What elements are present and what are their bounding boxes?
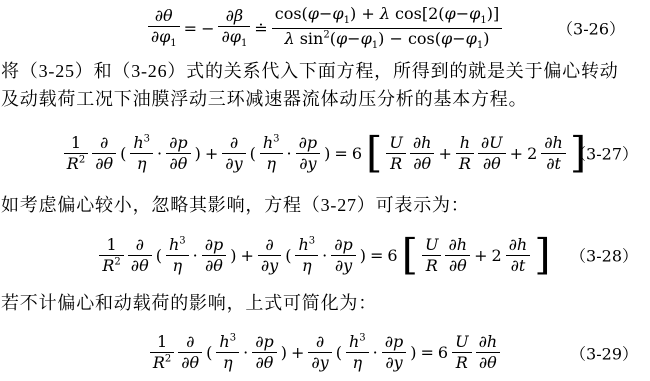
- fraction: ∂∂θ: [92, 134, 116, 173]
- math-token: (: [120, 144, 126, 163]
- math-token: =: [370, 246, 383, 265]
- math-token: 1: [71, 133, 81, 152]
- math-token: =: [334, 144, 347, 163]
- fraction: UR: [422, 236, 441, 275]
- math-token: ∂θ: [479, 353, 497, 372]
- math-token: ·: [243, 343, 248, 362]
- paragraph-simplify: 若不计偏心和动载荷的影响，上式可简化为：: [1, 289, 650, 317]
- fraction: ∂∂y: [258, 236, 281, 275]
- fraction: ∂U∂θ: [478, 134, 506, 173]
- math-token: 6: [387, 246, 397, 265]
- math-token: 2: [527, 144, 537, 163]
- math-token: sin: [295, 29, 324, 48]
- math-token: h: [460, 133, 470, 152]
- math-token: ∂: [186, 332, 194, 351]
- superscript: 3: [273, 133, 279, 144]
- math-token: ∂h: [509, 235, 528, 254]
- fraction: h3η: [166, 236, 189, 275]
- math-token: h: [263, 133, 273, 152]
- fraction: hR: [456, 134, 474, 173]
- math-token: R: [459, 154, 471, 173]
- fraction: ∂∂θ: [128, 236, 152, 275]
- math-token: ∂p: [255, 332, 274, 351]
- math-token: ·: [373, 343, 378, 362]
- math-token: (: [250, 144, 256, 163]
- math-token: ∂: [100, 133, 108, 152]
- math-token: ≐: [254, 19, 267, 38]
- math-token: ): [483, 29, 489, 48]
- text-line: 及动载荷工况下油膜浮动三环减速器流体动压分析的基本方程。: [1, 85, 650, 113]
- superscript: 2: [79, 154, 85, 165]
- fraction: 1R2: [150, 333, 174, 372]
- equation-3-28-number: （3-28）: [570, 244, 638, 267]
- math-token: η: [266, 154, 276, 173]
- superscript: 3: [179, 235, 185, 246]
- math-token: ·: [287, 144, 292, 163]
- fraction: UR: [386, 134, 405, 173]
- fraction: h3η: [216, 333, 239, 372]
- fraction: ∂p∂θ: [202, 236, 227, 275]
- superscript: 3: [144, 133, 150, 144]
- math-token: ∂β: [226, 6, 244, 25]
- math-token: h: [169, 235, 179, 254]
- big-bracket: ]: [534, 232, 550, 278]
- math-token: =: [420, 343, 433, 362]
- math-token: ·: [193, 246, 198, 265]
- math-token: ∂θ: [449, 256, 467, 275]
- math-token: ∂φ: [221, 27, 240, 46]
- math-token: )]: [487, 4, 499, 23]
- math-token: ∂θ: [205, 256, 223, 275]
- math-token: R: [426, 256, 438, 275]
- math-token: ∂θ: [181, 353, 199, 372]
- math-token: −: [456, 4, 469, 23]
- math-token: 6: [438, 343, 448, 362]
- fraction: UR: [452, 333, 471, 372]
- math-token: ∂h: [448, 235, 467, 254]
- text-line: 如考虑偏心较小，忽略其影响，方程（3-27）可表示为：: [1, 191, 650, 219]
- superscript: 3: [230, 333, 236, 344]
- fraction: ∂h∂θ: [410, 134, 435, 173]
- equation-block-3-28: 1R2∂∂θ(h3η·∂p∂θ)+∂∂y(h3η·∂p∂y)=6[UR∂h∂θ+…: [0, 226, 650, 284]
- fraction: h3η: [346, 333, 369, 372]
- math-token: +: [474, 246, 487, 265]
- fraction: ∂θ∂φ1: [148, 7, 180, 49]
- math-token: η: [173, 256, 183, 275]
- equation-block-3-26: ∂θ∂φ1=−∂β∂φ1≐cos(φ−φ1) + λ cos[2(φ−φ1)]λ…: [0, 0, 650, 56]
- math-token: ∂p: [385, 332, 404, 351]
- math-token: 1: [157, 332, 167, 351]
- math-token: ): [324, 144, 330, 163]
- fraction: ∂h∂θ: [476, 333, 501, 372]
- math-token: ∂θ: [256, 353, 274, 372]
- math-token: φ: [441, 29, 452, 48]
- text-line: 将（3-25）和（3-26）式的关系代入下面方程，所得到的就是关于偏心转动: [1, 57, 650, 85]
- math-token: ∂h: [479, 332, 498, 351]
- math-token: φ: [336, 29, 347, 48]
- math-token: −: [347, 29, 360, 48]
- math-token: ∂θ: [155, 6, 173, 25]
- equation-block-3-29: 1R2∂∂θ(h3η·∂p∂θ)+∂∂y(h3η·∂p∂y)=6UR∂h∂θ （…: [0, 324, 650, 381]
- math-token: cos(: [275, 4, 308, 23]
- math-token: φ: [332, 4, 343, 23]
- math-token: =: [184, 19, 197, 38]
- math-token: ·: [157, 144, 162, 163]
- math-token: R: [153, 353, 165, 372]
- math-token: +: [291, 343, 304, 362]
- math-token: ∂θ: [131, 256, 149, 275]
- math-token: R: [102, 256, 114, 275]
- fraction: ∂p∂y: [331, 236, 356, 275]
- math-token: ∂t: [511, 256, 526, 275]
- fraction: ∂p∂θ: [166, 134, 191, 173]
- math-token: (: [156, 246, 162, 265]
- equation-3-28-math: 1R2∂∂θ(h3η·∂p∂θ)+∂∂y(h3η·∂p∂y)=6[UR∂h∂θ+…: [0, 226, 650, 284]
- superscript: 2: [114, 256, 120, 267]
- math-token: ∂y: [385, 353, 402, 372]
- math-token: h: [349, 332, 359, 351]
- math-token: ∂y: [335, 256, 352, 275]
- math-token: 2: [491, 246, 501, 265]
- math-token: φ: [361, 29, 372, 48]
- math-token: ∂: [316, 332, 324, 351]
- math-token: h: [298, 235, 308, 254]
- superscript: 3: [309, 235, 315, 246]
- equation-block-3-27: 1R2∂∂θ(h3η·∂p∂θ)+∂∂y(h3η·∂p∂y)=6[UR∂h∂θ+…: [0, 124, 650, 182]
- fraction: cos(φ−φ1) + λ cos[2(φ−φ1)]λ sin2(φ−φ1) −…: [272, 5, 502, 50]
- math-token: ): [195, 144, 201, 163]
- math-token: η: [223, 353, 233, 372]
- paragraph-intro: 将（3-25）和（3-26）式的关系代入下面方程，所得到的就是关于偏心转动 及动…: [1, 57, 650, 113]
- equation-3-26-math: ∂θ∂φ1=−∂β∂φ1≐cos(φ−φ1) + λ cos[2(φ−φ1)]λ…: [0, 0, 650, 56]
- math-token: φ: [469, 4, 480, 23]
- superscript: 2: [165, 354, 171, 365]
- math-token: ∂y: [311, 353, 328, 372]
- math-token: −: [319, 4, 332, 23]
- math-token: ) − cos(: [378, 29, 441, 48]
- fraction: ∂h∂t: [541, 134, 566, 173]
- math-token: ∂p: [334, 235, 353, 254]
- fraction: h3η: [130, 134, 153, 173]
- math-token: ∂: [230, 133, 238, 152]
- math-token: +: [241, 246, 254, 265]
- math-token: ∂φ: [151, 27, 170, 46]
- fraction: 1R2: [99, 236, 123, 275]
- math-token: ∂p: [299, 133, 318, 152]
- math-token: −: [201, 19, 214, 38]
- math-token: h: [219, 332, 229, 351]
- subscript: 1: [241, 38, 247, 49]
- math-token: 6: [352, 144, 362, 163]
- math-token: ∂y: [261, 256, 278, 275]
- math-token: ): [281, 343, 287, 362]
- math-token: R: [390, 154, 402, 173]
- math-token: −: [452, 29, 465, 48]
- math-token: φ: [445, 4, 456, 23]
- fraction: ∂p∂y: [296, 134, 321, 173]
- math-token: (: [285, 246, 291, 265]
- big-bracket: [: [402, 232, 418, 278]
- math-token: ∂U: [481, 133, 503, 152]
- math-token: +: [510, 144, 523, 163]
- math-token: ): [360, 246, 366, 265]
- math-token: U: [425, 235, 438, 254]
- paragraph-eccentricity-small: 如考虑偏心较小，忽略其影响，方程（3-27）可表示为：: [1, 191, 650, 219]
- math-token: ∂y: [225, 154, 242, 173]
- math-token: (: [206, 343, 212, 362]
- equation-3-29-number: （3-29）: [570, 341, 638, 364]
- math-token: ∂p: [205, 235, 224, 254]
- fraction: h3η: [260, 134, 283, 173]
- math-token: ): [230, 246, 236, 265]
- math-token: +: [438, 144, 451, 163]
- math-token: ∂θ: [95, 154, 113, 173]
- equation-3-27-number: （3-27）: [570, 142, 638, 165]
- math-token: R: [67, 154, 79, 173]
- fraction: ∂p∂y: [382, 333, 407, 372]
- math-token: φ: [466, 29, 477, 48]
- superscript: 3: [359, 333, 365, 344]
- math-token: cos[2(: [390, 4, 445, 23]
- fraction: ∂h∂θ: [445, 236, 470, 275]
- fraction: ∂p∂θ: [252, 333, 277, 372]
- fraction: ∂h∂t: [506, 236, 531, 275]
- math-token: ) +: [350, 4, 380, 23]
- math-token: U: [389, 133, 402, 152]
- math-token: 1: [106, 235, 116, 254]
- fraction: ∂∂θ: [178, 333, 202, 372]
- math-token: ∂t: [546, 154, 561, 173]
- equation-3-29-math: 1R2∂∂θ(h3η·∂p∂θ)+∂∂y(h3η·∂p∂y)=6UR∂h∂θ: [0, 324, 650, 381]
- big-bracket: [: [366, 130, 382, 176]
- equation-3-26-number: （3-26）: [557, 17, 625, 40]
- subscript: 1: [170, 38, 176, 49]
- fraction: 1R2: [64, 134, 88, 173]
- math-token: ∂p: [169, 133, 188, 152]
- math-token: ∂: [265, 235, 273, 254]
- fraction: ∂∂y: [222, 134, 245, 173]
- text-line: 若不计偏心和动载荷的影响，上式可简化为：: [1, 289, 650, 317]
- math-token: ∂: [136, 235, 144, 254]
- fraction: h3η: [295, 236, 318, 275]
- math-token: ∂θ: [169, 154, 187, 173]
- fraction: ∂∂y: [308, 333, 331, 372]
- math-token: λ: [284, 29, 294, 48]
- math-token: φ: [308, 4, 319, 23]
- document-page: ∂θ∂φ1=−∂β∂φ1≐cos(φ−φ1) + λ cos[2(φ−φ1)]λ…: [0, 0, 650, 381]
- math-token: ∂θ: [483, 154, 501, 173]
- math-token: η: [137, 154, 147, 173]
- math-token: ·: [322, 246, 327, 265]
- math-token: ∂y: [299, 154, 316, 173]
- math-token: η: [302, 256, 312, 275]
- math-token: ): [410, 343, 416, 362]
- math-token: ∂θ: [413, 154, 431, 173]
- math-token: +: [205, 144, 218, 163]
- math-token: h: [133, 133, 143, 152]
- math-token: (: [336, 343, 342, 362]
- math-token: λ: [380, 4, 390, 23]
- math-token: ∂h: [413, 133, 432, 152]
- math-token: η: [352, 353, 362, 372]
- math-token: U: [455, 332, 468, 351]
- fraction: ∂β∂φ1: [218, 7, 250, 49]
- equation-3-27-math: 1R2∂∂θ(h3η·∂p∂θ)+∂∂y(h3η·∂p∂y)=6[UR∂h∂θ+…: [0, 124, 650, 182]
- math-token: R: [456, 353, 468, 372]
- math-token: ∂h: [544, 133, 563, 152]
